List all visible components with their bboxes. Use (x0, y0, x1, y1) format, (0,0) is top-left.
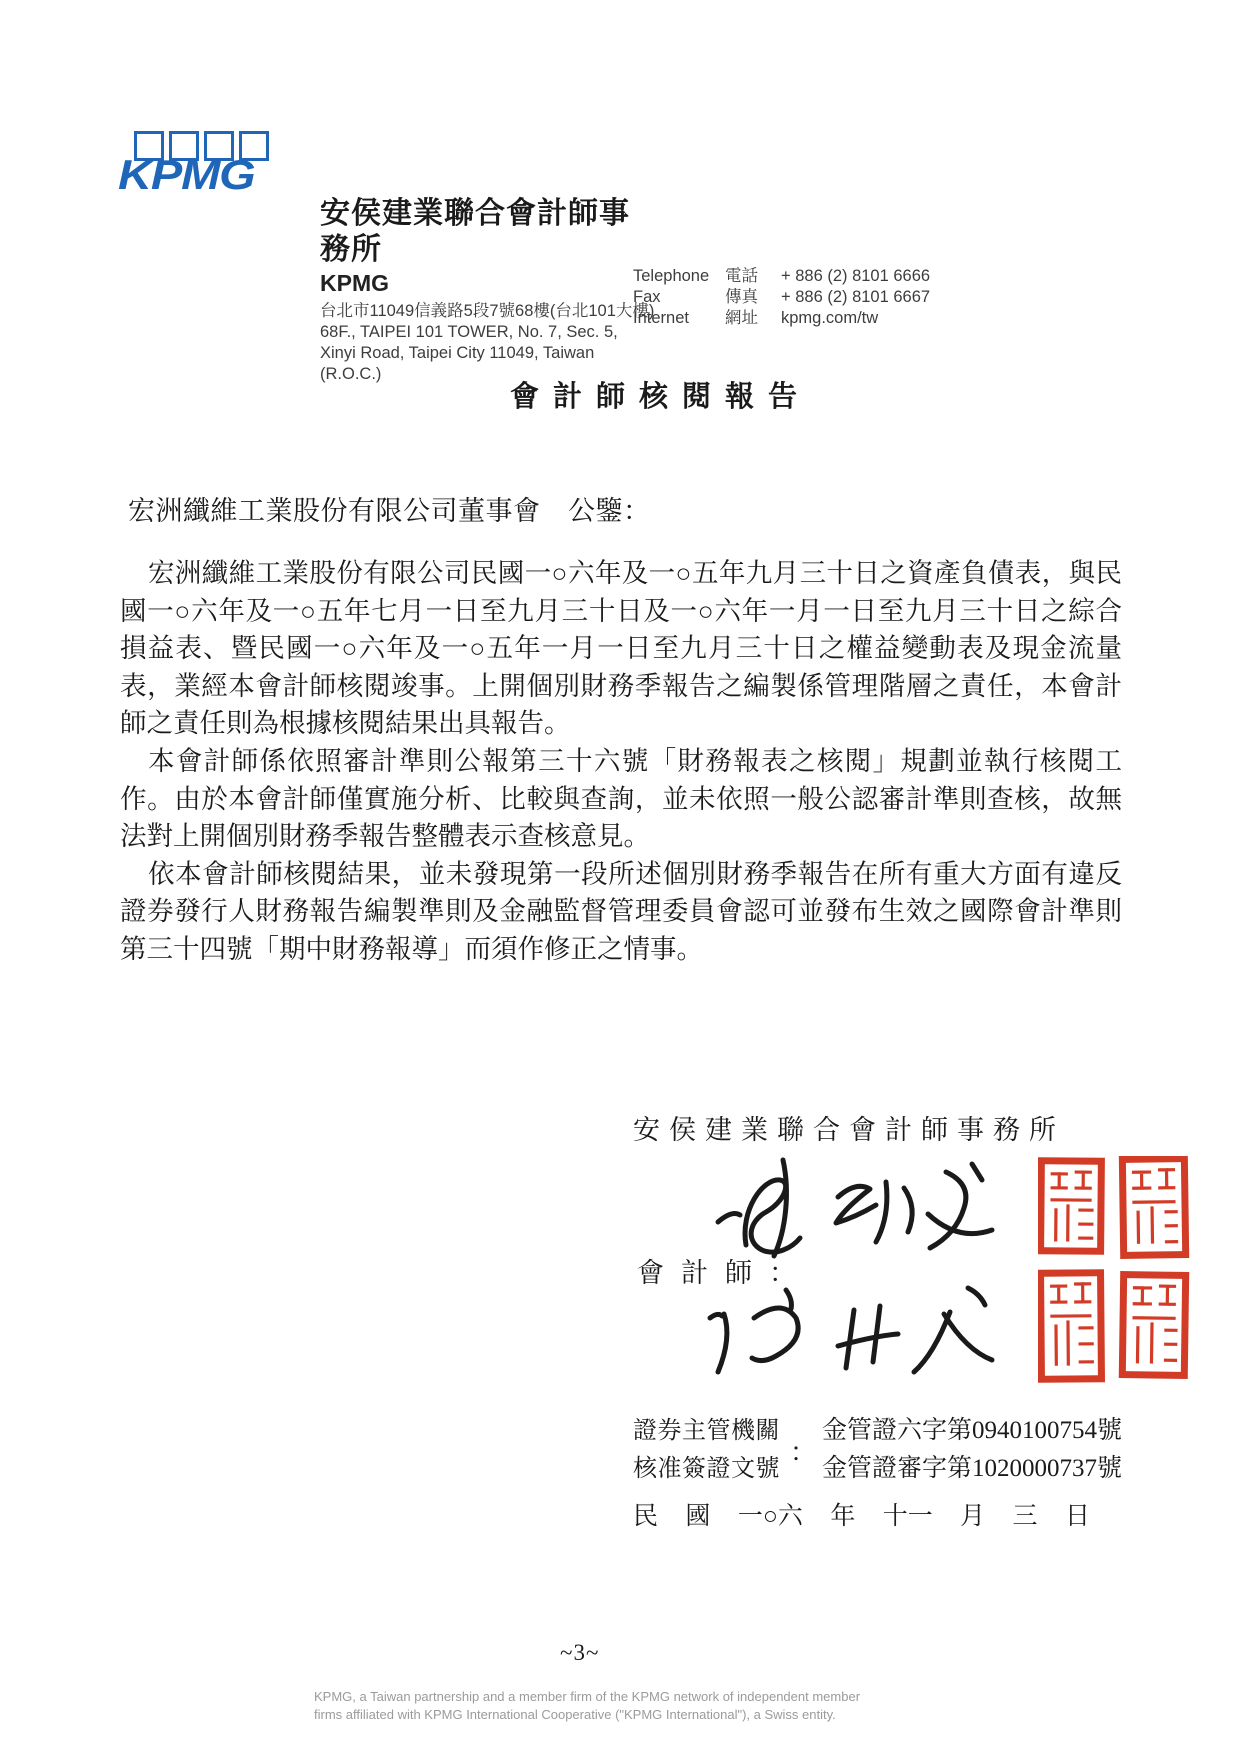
date-segment: 十一 (883, 1496, 933, 1532)
page-number: ~3~ (560, 1640, 599, 1666)
letterhead-block: 安侯建業聯合會計師事務所 KPMG 台北市11049信義路5段7號68樓(台北1… (320, 196, 655, 385)
date-segment: 年 (830, 1496, 855, 1532)
report-paragraph: 依本會計師核閱結果，並未發現第一段所述個別財務季報告在所有重大方面有違反證券發行… (120, 856, 1122, 969)
signature-bottom (710, 1288, 992, 1372)
accountant-signatures (688, 1150, 1048, 1400)
report-body: 宏洲纖維工業股份有限公司民國一○六年及一○五年九月三十日之資產負債表，與民國一○… (120, 555, 1122, 969)
approval-colon: ： (780, 1432, 822, 1469)
seal-stamp (1041, 1273, 1102, 1380)
firm-name-en: KPMG (320, 270, 655, 297)
contact-block: Telephone 電話 + 886 (2) 8101 6666 Fax 傳真 … (633, 266, 930, 329)
addressee-line: 宏洲纖維工業股份有限公司董事會 公鑒： (128, 489, 651, 528)
seal-stamp (1041, 1161, 1102, 1252)
contact-row-telephone: Telephone 電話 + 886 (2) 8101 6666 (633, 266, 930, 287)
address-line-zh: 台北市11049信義路5段7號68樓(台北101大樓) (320, 301, 655, 322)
signature-firm-name: 安侯建業聯合會計師事務所 (633, 1108, 1065, 1147)
kpmg-logo: KPMG (118, 131, 288, 201)
review-report-page: KPMG 安侯建業聯合會計師事務所 KPMG 台北市11049信義路5段7號68… (0, 0, 1241, 1754)
telephone-value: + 886 (2) 8101 6666 (781, 266, 930, 287)
seal-stamp (1122, 1275, 1185, 1376)
contact-row-fax: Fax 傳真 + 886 (2) 8101 6667 (633, 287, 930, 308)
approval-value-1: 金管證六字第0940100754號 (822, 1412, 1122, 1450)
report-paragraph: 宏洲纖維工業股份有限公司民國一○六年及一○五年九月三十日之資產負債表，與民國一○… (120, 555, 1122, 743)
report-title: 會計師核閱報告 (510, 374, 811, 415)
disclaimer-line-2: firms affiliated with KPMG International… (314, 1706, 860, 1724)
date-segment: 國 (685, 1496, 710, 1532)
report-date-line: 民 國 一○六 年 十一 月 三 日 (633, 1496, 1090, 1532)
seal-stamp (1122, 1159, 1185, 1256)
fax-value: + 886 (2) 8101 6667 (781, 287, 930, 308)
telephone-label-zh: 電話 (725, 266, 781, 287)
contact-row-internet: Internet 網址 kpmg.com/tw (633, 308, 930, 329)
date-segment: 月 (960, 1496, 985, 1532)
fax-label-zh: 傳真 (725, 287, 781, 308)
internet-label-zh: 網址 (725, 308, 781, 329)
fax-label-en: Fax (633, 287, 725, 308)
address-line-en1: 68F., TAIPEI 101 TOWER, No. 7, Sec. 5, (320, 322, 655, 343)
signature-top (718, 1160, 992, 1256)
firm-name-calligraphy: 安侯建業聯合會計師事務所 (320, 196, 655, 268)
disclaimer-line-1: KPMG, a Taiwan partnership and a member … (314, 1688, 860, 1706)
kpmg-disclaimer: KPMG, a Taiwan partnership and a member … (314, 1688, 860, 1723)
approval-label-authority: 證券主管機關 (633, 1412, 780, 1450)
internet-value: kpmg.com/tw (781, 308, 878, 329)
kpmg-wordmark: KPMG (118, 151, 255, 199)
approval-label-document-number: 核准簽證文號 (633, 1450, 780, 1488)
approval-block: 證券主管機關 核准簽證文號 ： 金管證六字第0940100754號 金管證審字第… (633, 1412, 1093, 1532)
date-segment: 日 (1065, 1496, 1090, 1532)
date-segment: 民 (633, 1496, 658, 1532)
date-segment: 三 (1013, 1496, 1038, 1532)
approval-value-2: 金管證審字第1020000737號 (822, 1450, 1122, 1488)
date-segment: 一○六 (738, 1496, 803, 1532)
telephone-label-en: Telephone (633, 266, 725, 287)
internet-label-en: Internet (633, 308, 725, 329)
report-paragraph: 本會計師係依照審計準則公報第三十六號「財務報表之核閱」規劃並執行核閱工作。由於本… (120, 743, 1122, 856)
red-seal-stamps (1038, 1156, 1190, 1390)
